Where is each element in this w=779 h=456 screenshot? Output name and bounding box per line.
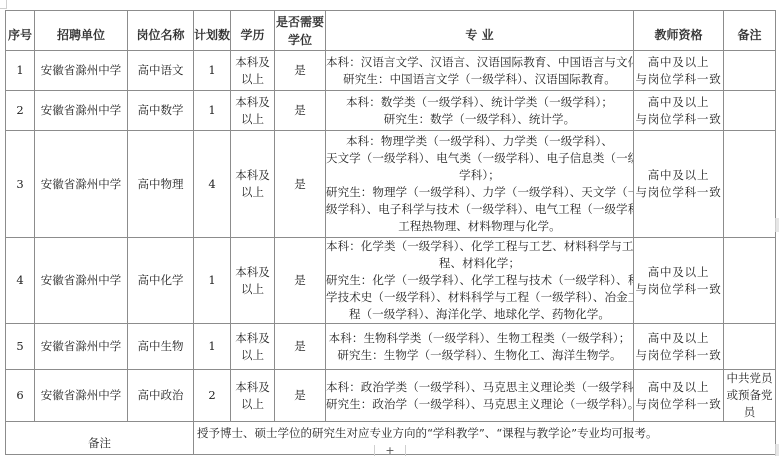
cell-index[interactable]: 6 bbox=[6, 370, 35, 422]
cell-plan[interactable]: 1 bbox=[194, 238, 231, 324]
notes-text[interactable]: 授予博士、硕士学位的研究生对应专业方向的“学科教学”、“课程与教学论”专业均可报… bbox=[194, 422, 776, 455]
cell-qualification[interactable]: 高中及以上 与岗位学科一致 bbox=[634, 238, 724, 324]
cell-remark[interactable] bbox=[724, 324, 776, 370]
cell-remark[interactable] bbox=[724, 51, 776, 91]
major-line: 本科：数学类（一级学科）、统计学类（一级学科）； bbox=[326, 94, 633, 111]
cell-qualification[interactable]: 高中及以上 与岗位学科一致 bbox=[634, 324, 724, 370]
header-degree-line2: 学位 bbox=[275, 31, 325, 49]
cell-index[interactable]: 1 bbox=[6, 51, 35, 91]
cell-education[interactable]: 本科及 以上 bbox=[231, 324, 275, 370]
qualification-line: 与岗位学科一致 bbox=[634, 184, 723, 201]
cell-degree[interactable]: 是 bbox=[275, 91, 326, 131]
major-line: 研究生：中国语言文学（一级学科）、汉语国际教育。 bbox=[326, 71, 633, 88]
add-sheet-button[interactable]: + bbox=[374, 445, 406, 456]
education-line: 以上 bbox=[231, 281, 274, 298]
sheet-corner bbox=[0, 0, 7, 9]
cell-education[interactable]: 本科及 以上 bbox=[231, 238, 275, 324]
header-qualification: 教师资格 bbox=[634, 11, 724, 51]
header-position: 岗位名称 bbox=[128, 11, 194, 51]
header-degree: 是否需要 学位 bbox=[275, 11, 326, 51]
major-line: 研究生：物理学（一级学科）、力学（一级学科）、天文学（一 bbox=[326, 184, 633, 201]
header-education: 学历 bbox=[231, 11, 275, 51]
qualification-line: 高中及以上 bbox=[634, 330, 723, 347]
cell-position[interactable]: 高中数学 bbox=[128, 91, 194, 131]
scroll-marker bbox=[775, 444, 779, 456]
cell-index[interactable]: 3 bbox=[6, 131, 35, 238]
table-row: 1 安徽省滁州中学 高中语文 1 本科及 以上 是 本科：汉语言文学、汉语言、汉… bbox=[6, 51, 776, 91]
table-row: 4 安徽省滁州中学 高中化学 1 本科及 以上 是 本科：化学类（一级学科）、化… bbox=[6, 238, 776, 324]
cell-position[interactable]: 高中物理 bbox=[128, 131, 194, 238]
cell-plan[interactable]: 1 bbox=[194, 51, 231, 91]
education-line: 本科及 bbox=[231, 264, 274, 281]
cell-index[interactable]: 4 bbox=[6, 238, 35, 324]
education-line: 本科及 bbox=[231, 94, 274, 111]
cell-plan[interactable]: 1 bbox=[194, 91, 231, 131]
qualification-line: 与岗位学科一致 bbox=[634, 396, 723, 413]
major-line: 学科）； bbox=[326, 167, 633, 184]
table-row: 5 安徽省滁州中学 高中生物 1 本科及 以上 是 本科：生物科学类（一级学科）… bbox=[6, 324, 776, 370]
header-unit: 招聘单位 bbox=[35, 11, 128, 51]
major-line: 天文学（一级学科）、电气类（一级学科）、电子信息类（一级 bbox=[326, 150, 633, 167]
major-line: 本科：政治学类（一级学科）、马克思主义理论类（一级学科）； bbox=[326, 379, 633, 396]
major-line: 研究生：政治学（一级学科）、马克思主义理论（一级学科）。 bbox=[326, 396, 633, 413]
education-line: 以上 bbox=[231, 347, 274, 364]
cell-degree[interactable]: 是 bbox=[275, 324, 326, 370]
cell-education[interactable]: 本科及 以上 bbox=[231, 51, 275, 91]
major-line: 研究生：化学（一级学科）、化学工程与技术（一级学科）、科 bbox=[326, 272, 633, 289]
remark-line: 员 bbox=[724, 404, 775, 421]
cell-degree[interactable]: 是 bbox=[275, 51, 326, 91]
qualification-line: 与岗位学科一致 bbox=[634, 347, 723, 364]
cell-education[interactable]: 本科及 以上 bbox=[231, 131, 275, 238]
cell-major[interactable]: 本科：数学类（一级学科）、统计学类（一级学科）； 研究生：数学（一级学科）、统计… bbox=[326, 91, 634, 131]
major-line: 本科：物理学类（一级学科）、力学类（一级学科）、 bbox=[326, 133, 633, 150]
major-line: 本科：汉语言文学、汉语言、汉语国际教育、中国语言与文化； bbox=[326, 54, 633, 71]
education-line: 本科及 bbox=[231, 330, 274, 347]
cell-unit[interactable]: 安徽省滁州中学 bbox=[35, 51, 128, 91]
header-major: 专 业 bbox=[326, 11, 634, 51]
cell-qualification[interactable]: 高中及以上 与岗位学科一致 bbox=[634, 91, 724, 131]
cell-unit[interactable]: 安徽省滁州中学 bbox=[35, 131, 128, 238]
qualification-line: 高中及以上 bbox=[634, 264, 723, 281]
cell-plan[interactable]: 2 bbox=[194, 370, 231, 422]
cell-degree[interactable]: 是 bbox=[275, 131, 326, 238]
cell-degree[interactable]: 是 bbox=[275, 370, 326, 422]
cell-unit[interactable]: 安徽省滁州中学 bbox=[35, 91, 128, 131]
education-line: 以上 bbox=[231, 184, 274, 201]
qualification-line: 与岗位学科一致 bbox=[634, 111, 723, 128]
cell-education[interactable]: 本科及 以上 bbox=[231, 91, 275, 131]
cell-plan[interactable]: 4 bbox=[194, 131, 231, 238]
header-index: 序号 bbox=[6, 11, 35, 51]
education-line: 本科及 bbox=[231, 379, 274, 396]
cell-position[interactable]: 高中政治 bbox=[128, 370, 194, 422]
notes-label[interactable]: 备注 bbox=[6, 422, 194, 455]
cell-remark[interactable] bbox=[724, 131, 776, 238]
table-row: 3 安徽省滁州中学 高中物理 4 本科及 以上 是 本科：物理学类（一级学科）、… bbox=[6, 131, 776, 238]
cell-index[interactable]: 2 bbox=[6, 91, 35, 131]
cell-unit[interactable]: 安徽省滁州中学 bbox=[35, 238, 128, 324]
major-line: 程（一级学科）、海洋化学、地球化学、药物化学。 bbox=[326, 306, 633, 323]
qualification-line: 高中及以上 bbox=[634, 94, 723, 111]
table-row: 6 安徽省滁州中学 高中政治 2 本科及 以上 是 本科：政治学类（一级学科）、… bbox=[6, 370, 776, 422]
remark-line: 或预备党 bbox=[724, 387, 775, 404]
cell-major[interactable]: 本科：化学类（一级学科）、化学工程与工艺、材料科学与工 程、材料化学； 研究生：… bbox=[326, 238, 634, 324]
qualification-line: 高中及以上 bbox=[634, 54, 723, 71]
major-line: 研究生：生物学（一级学科）、生物化工、海洋生物学。 bbox=[326, 347, 633, 364]
education-line: 以上 bbox=[231, 111, 274, 128]
major-line: 学技术史（一级学科）、材料科学与工程（一级学科）、冶金工 bbox=[326, 289, 633, 306]
education-line: 以上 bbox=[231, 396, 274, 413]
cell-qualification[interactable]: 高中及以上 与岗位学科一致 bbox=[634, 131, 724, 238]
header-degree-line1: 是否需要 bbox=[275, 13, 325, 31]
major-line: 本科：化学类（一级学科）、化学工程与工艺、材料科学与工 bbox=[326, 238, 633, 255]
major-line: 程、材料化学； bbox=[326, 255, 633, 272]
qualification-line: 与岗位学科一致 bbox=[634, 71, 723, 88]
cell-major[interactable]: 本科：汉语言文学、汉语言、汉语国际教育、中国语言与文化； 研究生：中国语言文学（… bbox=[326, 51, 634, 91]
cell-plan[interactable]: 1 bbox=[194, 324, 231, 370]
cell-qualification[interactable]: 高中及以上 与岗位学科一致 bbox=[634, 370, 724, 422]
cell-qualification[interactable]: 高中及以上 与岗位学科一致 bbox=[634, 51, 724, 91]
qualification-line: 高中及以上 bbox=[634, 379, 723, 396]
major-line: 工程热物理、材料物理与化学。 bbox=[326, 218, 633, 235]
qualification-line: 高中及以上 bbox=[634, 167, 723, 184]
header-plan: 计划数 bbox=[194, 11, 231, 51]
table-row: 2 安徽省滁州中学 高中数学 1 本科及 以上 是 本科：数学类（一级学科）、统… bbox=[6, 91, 776, 131]
major-line: 本科：生物科学类（一级学科）、生物工程类（一级学科）； bbox=[326, 330, 633, 347]
cell-remark[interactable] bbox=[724, 238, 776, 324]
major-line: 级学科）、电子科学与技术（一级学科）、电气工程（一级学科）、 bbox=[326, 201, 633, 218]
cell-unit[interactable]: 安徽省滁州中学 bbox=[35, 370, 128, 422]
cell-education[interactable]: 本科及 以上 bbox=[231, 370, 275, 422]
education-line: 本科及 bbox=[231, 167, 274, 184]
cell-degree[interactable]: 是 bbox=[275, 238, 326, 324]
cell-position[interactable]: 高中生物 bbox=[128, 324, 194, 370]
cell-remark[interactable] bbox=[724, 91, 776, 131]
cell-position[interactable]: 高中语文 bbox=[128, 51, 194, 91]
major-line: 研究生：数学（一级学科）、统计学。 bbox=[326, 111, 633, 128]
qualification-line: 与岗位学科一致 bbox=[634, 281, 723, 298]
cell-position[interactable]: 高中化学 bbox=[128, 238, 194, 324]
education-line: 本科及 bbox=[231, 54, 274, 71]
remark-line: 中共党员 bbox=[724, 370, 775, 387]
cell-index[interactable]: 5 bbox=[6, 324, 35, 370]
header-remark: 备注 bbox=[724, 11, 776, 51]
recruitment-table: 序号 招聘单位 岗位名称 计划数 学历 是否需要 学位 专 业 教师资格 备注 … bbox=[5, 10, 776, 455]
education-line: 以上 bbox=[231, 71, 274, 88]
scroll-marker bbox=[775, 218, 779, 232]
cell-major[interactable]: 本科：物理学类（一级学科）、力学类（一级学科）、 天文学（一级学科）、电气类（一… bbox=[326, 131, 634, 238]
cell-remark[interactable]: 中共党员 或预备党 员 bbox=[724, 370, 776, 422]
cell-unit[interactable]: 安徽省滁州中学 bbox=[35, 324, 128, 370]
plus-icon: + bbox=[385, 444, 394, 456]
header-row: 序号 招聘单位 岗位名称 计划数 学历 是否需要 学位 专 业 教师资格 备注 bbox=[6, 11, 776, 51]
cell-major[interactable]: 本科：生物科学类（一级学科）、生物工程类（一级学科）； 研究生：生物学（一级学科… bbox=[326, 324, 634, 370]
cell-major[interactable]: 本科：政治学类（一级学科）、马克思主义理论类（一级学科）； 研究生：政治学（一级… bbox=[326, 370, 634, 422]
